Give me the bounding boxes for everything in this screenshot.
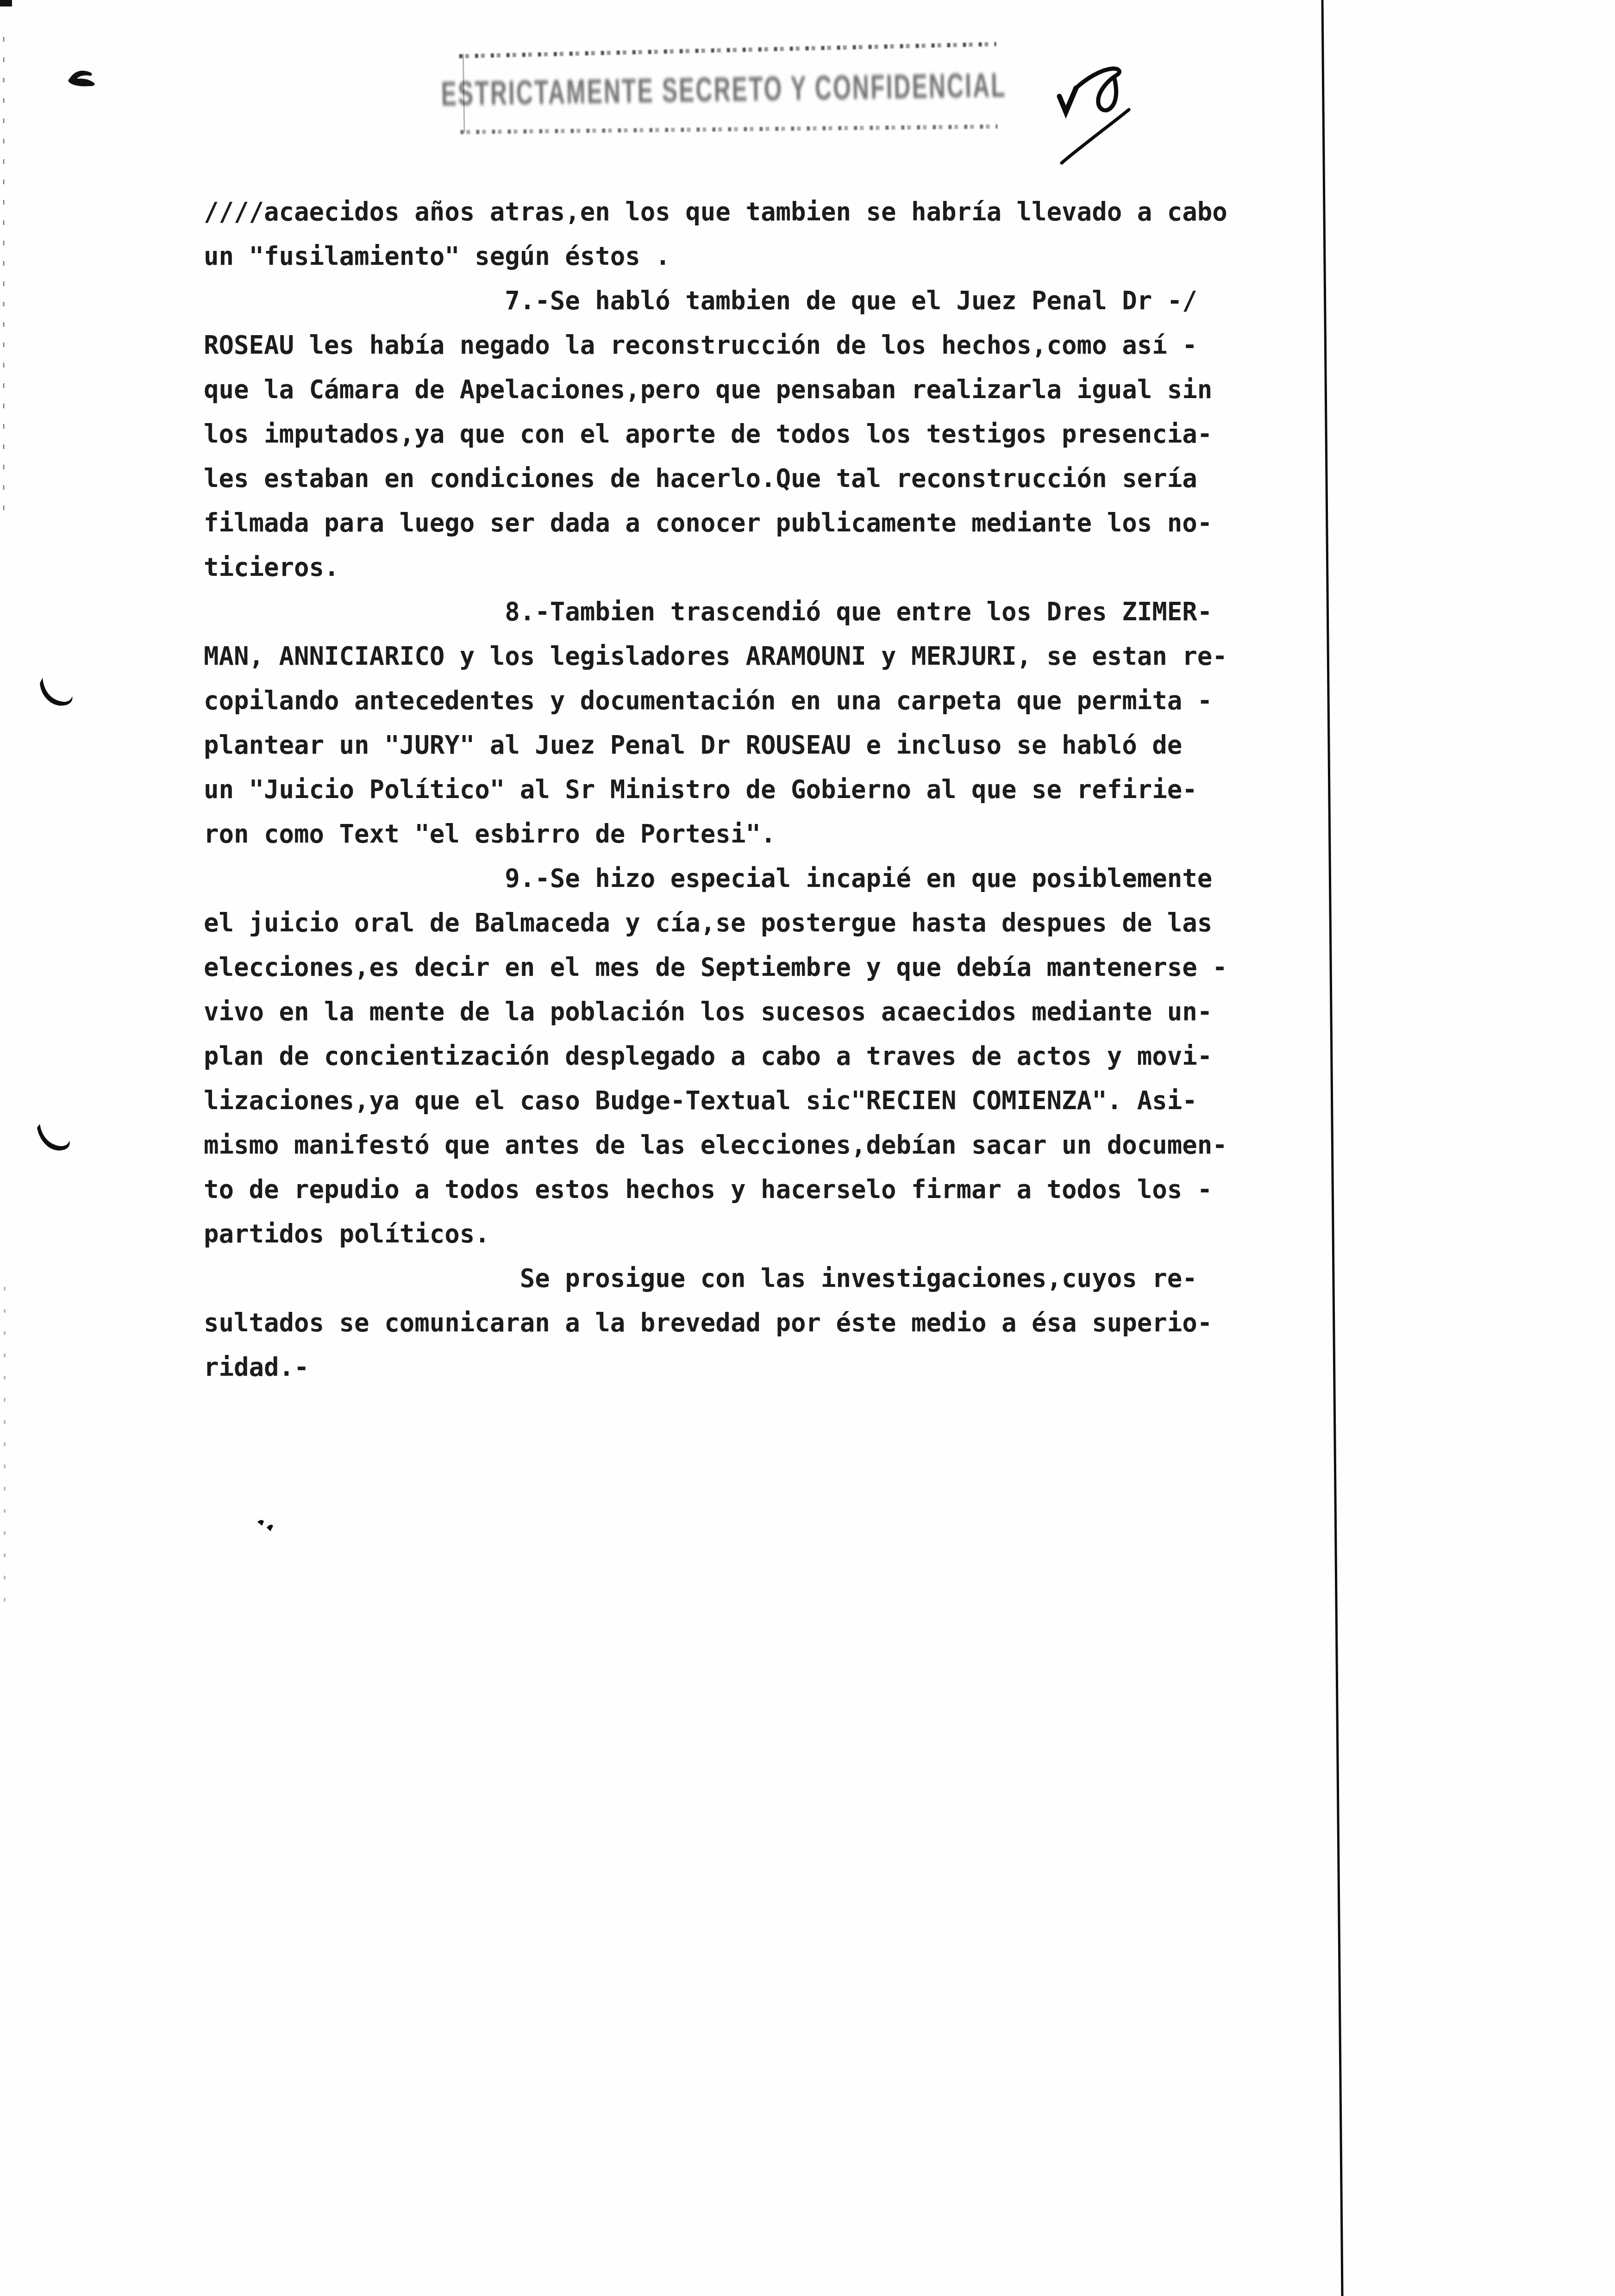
text-line: les estaban en condiciones de hacerlo.Qu… bbox=[204, 456, 1269, 501]
text-line: plantear un "JURY" al Juez Penal Dr ROUS… bbox=[204, 723, 1269, 768]
text-line: lizaciones,ya que el caso Budge-Textual … bbox=[204, 1078, 1269, 1123]
text-line: 8.-Tambien trascendió que entre los Dres… bbox=[204, 589, 1269, 635]
text-line: ROSEAU les había negado la reconstrucció… bbox=[204, 323, 1269, 368]
text-line: mismo manifestó que antes de las eleccio… bbox=[204, 1123, 1269, 1168]
confidential-stamp: ESTRICTAMENTE SECRETO Y CONFIDENCIAL bbox=[463, 46, 984, 133]
scanned-document-page: ESTRICTAMENTE SECRETO Y CONFIDENCIAL ///… bbox=[0, 0, 1615, 2296]
text-line: filmada para luego ser dada a conocer pu… bbox=[204, 500, 1269, 546]
text-line: elecciones,es decir en el mes de Septiem… bbox=[204, 945, 1269, 990]
text-line: vivo en la mente de la población los suc… bbox=[204, 989, 1269, 1035]
text-line: 7.-Se habló tambien de que el Juez Penal… bbox=[204, 278, 1269, 324]
text-line: que la Cámara de Apelaciones,pero que pe… bbox=[204, 367, 1269, 412]
text-line: Se prosigue con las investigaciones,cuyo… bbox=[204, 1256, 1269, 1301]
small-ink-tick bbox=[257, 1520, 273, 1531]
text-line: MAN, ANNICIARICO y los legisladores ARAM… bbox=[204, 634, 1269, 679]
right-edge-scan-line bbox=[1322, 0, 1342, 2296]
typed-text-block: ////acaecidos años atras,en los que tamb… bbox=[204, 190, 1269, 1390]
text-line: plan de concientización desplegado a cab… bbox=[204, 1034, 1269, 1079]
text-line: ron como Text "el esbirro de Portesi". bbox=[204, 811, 1269, 857]
ink-squiggle-mark bbox=[68, 71, 94, 87]
ink-crescent-mark bbox=[37, 1124, 70, 1150]
ink-crescent-mark bbox=[40, 678, 72, 705]
top-left-corner-mark bbox=[0, 0, 12, 6]
text-line: partidos políticos. bbox=[204, 1211, 1269, 1257]
text-line: to de repudio a todos estos hechos y hac… bbox=[204, 1167, 1269, 1212]
text-line: ticieros. bbox=[204, 545, 1269, 590]
text-line: 9.-Se hizo especial incapié en que posib… bbox=[204, 856, 1269, 901]
text-line: ridad.- bbox=[204, 1345, 1269, 1390]
text-line: el juicio oral de Balmaceda y cía,se pos… bbox=[204, 900, 1269, 946]
text-line: un "fusilamiento" según éstos . bbox=[204, 234, 1269, 279]
confidential-stamp-text: ESTRICTAMENTE SECRETO Y CONFIDENCIAL bbox=[441, 65, 1007, 114]
text-line: copilando antecedentes y documentación e… bbox=[204, 678, 1269, 724]
handwritten-check8-annotation bbox=[1059, 69, 1129, 163]
text-line: un "Juicio Político" al Sr Ministro de G… bbox=[204, 767, 1269, 812]
text-line: los imputados,ya que con el aporte de to… bbox=[204, 412, 1269, 457]
text-line: sultados se comunicaran a la brevedad po… bbox=[204, 1300, 1269, 1346]
text-line: ////acaecidos años atras,en los que tamb… bbox=[204, 189, 1269, 235]
